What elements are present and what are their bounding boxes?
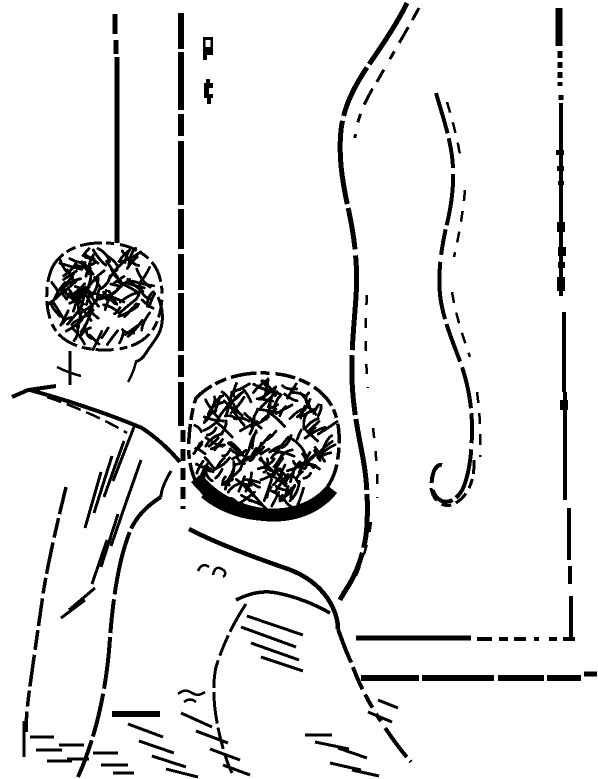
window-frame — [556, 8, 571, 641]
front-figure-hair — [189, 373, 340, 517]
wisp-left-main — [340, 3, 407, 600]
rear-sleeve-hatching — [61, 427, 141, 618]
rear-neck-front — [128, 362, 136, 382]
front-tilde-marks — [178, 691, 205, 702]
front-collar-left — [161, 471, 171, 497]
rear-arm — [26, 487, 66, 732]
front-left-fold — [214, 604, 246, 773]
rear-shoulder — [30, 390, 180, 462]
rear-shoulder-inner — [47, 397, 127, 433]
front-small-squiggle-marks — [198, 565, 225, 577]
hinge-icons — [203, 37, 214, 104]
line-drawing: 1-bit black-and-white pixelated line dra… — [0, 0, 598, 779]
window-jamb-lower — [564, 312, 565, 500]
hinge-bottom-notch — [209, 88, 214, 94]
door-line-outer — [115, 14, 117, 243]
front-neckline — [189, 529, 338, 629]
front-back-outline — [78, 497, 161, 777]
window-jamb-dashes — [560, 51, 561, 100]
window-jamb-bottom — [569, 508, 571, 641]
front-shoulder-hatching — [305, 700, 398, 776]
smoke-wisp-left — [340, 3, 419, 600]
rear-figure-hair — [47, 243, 162, 350]
hair-scribble-texture — [48, 248, 155, 349]
smoke-wisp-right — [431, 93, 480, 506]
front-shoulder-right — [338, 629, 411, 762]
illustration-canvas: 1-bit black-and-white pixelated line dra… — [0, 0, 598, 779]
hinge-top-notch — [206, 40, 211, 47]
front-hair-dark-band — [196, 478, 332, 515]
front-collar-fold — [236, 592, 330, 613]
window-sill — [356, 638, 597, 678]
front-figure — [78, 373, 411, 777]
rear-figure — [12, 243, 180, 773]
front-back-hatching — [128, 616, 303, 777]
